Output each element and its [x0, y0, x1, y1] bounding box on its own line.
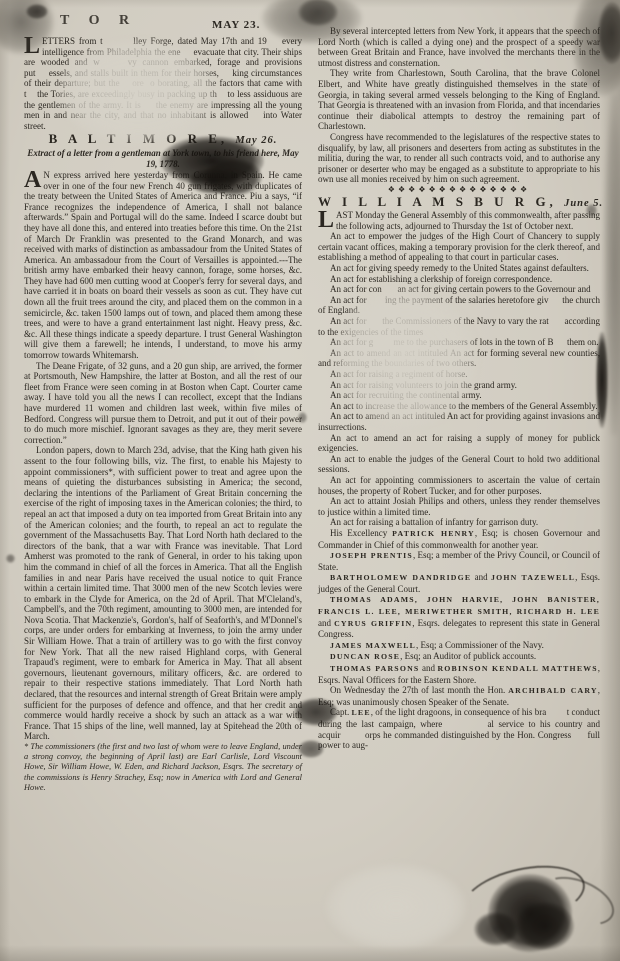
appointee-name: JOSEPH PRENTIS	[330, 551, 413, 560]
act-item: An act for giving speedy remedy to the U…	[318, 263, 600, 274]
act-item: An act for con an act for giving certain…	[318, 284, 600, 295]
extract-subheading: Extract of a letter from a gentleman at …	[24, 148, 302, 170]
paragraph-text: N express arrived here yesterday from Co…	[24, 170, 302, 360]
ink-spot-top-center	[298, 0, 338, 26]
paragraph-deane-frigate: The Deane Frigate, of 32 guns, and a 20 …	[24, 361, 302, 446]
act-item: An act for the Commissioners of the Navy…	[318, 316, 600, 337]
act-item: An act to amend an act intituled An act …	[318, 348, 600, 369]
appointment-text: , Esq; an Auditor of publick accounts.	[400, 651, 536, 661]
appointment-judges: BARTHOLOMEW DANDRIDGE and JOHN TAZEWELL,…	[318, 572, 600, 594]
appointment-prefix: On Wednesday the 27th of last month the …	[330, 685, 508, 695]
appointee-name: DUNCAN ROSE	[330, 652, 400, 661]
paragraph-london-papers: London papers, down to March 23d, advise…	[24, 445, 302, 742]
ink-blot-lobe-bottom2	[474, 912, 518, 946]
appointee-name: LEE	[352, 708, 371, 717]
appointment-council: JOSEPH PRENTIS, Esq; a member of the Pri…	[318, 550, 600, 572]
left-column: T O R MAY 23. LETTERS from t lley Forge,…	[24, 14, 302, 793]
appointment-governor: His Excellency PATRICK HENRY, Esq; is ch…	[318, 528, 600, 550]
appointee-name: THOMAS PARSONS	[330, 664, 419, 673]
appointment-mid: and	[471, 572, 491, 582]
right-column: By several intercepted letters from New …	[318, 26, 600, 751]
paragraph-capt-lee: Capt. LEE, of the light dragoons, in con…	[318, 707, 600, 750]
newspaper-page: T O R MAY 23. LETTERS from t lley Forge,…	[0, 0, 620, 961]
masthead-row: T O R MAY 23.	[24, 14, 302, 36]
appointee-name: THOMAS ADAMS, JOHN HARVIE, JOHN BANISTER…	[318, 595, 600, 616]
page-edge-shading-right	[604, 95, 620, 435]
appointee-name: BARTHOLOMEW DANDRIDGE	[330, 573, 471, 582]
ink-spot-top-right	[598, 2, 620, 64]
paragraph-congress-recommendation: Congress have recommended to the legisla…	[318, 132, 600, 185]
act-item: An act for g me to the purchasers of lot…	[318, 337, 600, 348]
act-item: An act to amend an act for raising a sup…	[318, 433, 600, 454]
act-item: An act to amend an act intituled An act …	[318, 411, 600, 432]
stain-fade-capt-lee	[326, 864, 466, 950]
dateline-may-23: MAY 23.	[212, 20, 260, 31]
act-item: An act to empower the judges of the High…	[318, 231, 600, 263]
act-item: An act for raising a battalion of infant…	[318, 517, 600, 528]
ink-blot-lobe-bottom	[516, 902, 574, 950]
paragraph-assembly: LAST Monday the General Assembly of this…	[318, 210, 600, 231]
appointment-speaker: On Wednesday the 27th of last month the …	[318, 685, 600, 707]
dropcap-l: L	[24, 36, 42, 56]
act-item: An act for appointing commissioners to a…	[318, 475, 600, 496]
appointment-mid: and	[419, 663, 437, 673]
williamsburg-date: June 5.	[564, 198, 603, 209]
appointment-delegates: THOMAS ADAMS, JOHN HARVIE, JOHN BANISTER…	[318, 594, 600, 639]
williamsburg-city: W I L L I A M S B U R G,	[318, 194, 557, 209]
baltimore-city: B A L T I M O R E,	[49, 131, 229, 146]
tiny-ink-spot-left-edge	[6, 554, 15, 563]
masthead-fragment: T O R	[60, 16, 137, 27]
act-item: An act for establishing a clerkship of f…	[318, 274, 600, 285]
baltimore-heading: B A L T I M O R E, May 26.	[24, 134, 302, 147]
paragraph-express: AN express arrived here yesterday from C…	[24, 170, 302, 361]
paragraph-charlestown: They write from Charlestown, South Carol…	[318, 68, 600, 132]
paragraph-text: AST Monday the General Assembly of this …	[336, 210, 600, 231]
appointment-naval-officers: THOMAS PARSONS and ROBINSON KENDALL MATT…	[318, 663, 600, 685]
dropcap-a: A	[24, 170, 43, 190]
pen-flourish-bottom-right2	[535, 867, 620, 934]
appointment-navy-commissioner: JAMES MAXWELL, Esq; a Commissioner of th…	[318, 640, 600, 652]
baltimore-date: May 26.	[235, 135, 277, 146]
paragraph-valley-forge: LETTERS from t lley Forge, dated May 17t…	[24, 36, 302, 131]
paragraph-text: ETTERS from t lley Forge, dated May 17th…	[24, 36, 302, 131]
appointee-name: ARCHIBALD CARY	[508, 686, 597, 695]
large-ink-blot-bottom-right	[488, 874, 572, 952]
act-item: An act to enable the judges of the Gener…	[318, 454, 600, 475]
appointment-mid: and	[318, 618, 334, 628]
commissioners-footnote: * The commissioners (the first and two l…	[24, 742, 302, 793]
paragraph-intercepted-letters: By several intercepted letters from New …	[318, 26, 600, 68]
appointee-name: JOHN TAZEWELL	[491, 573, 575, 582]
appointment-prefix: His Excellency	[330, 528, 392, 538]
appointee-name: JAMES MAXWELL	[330, 641, 416, 650]
williamsburg-heading: W I L L I A M S B U R G, June 5.	[318, 197, 600, 210]
appointment-prefix: Capt.	[330, 707, 352, 717]
act-item: An act for ing the payment of the salari…	[318, 295, 600, 316]
appointee-name: ROBINSON KENDALL MATTHEWS	[437, 664, 597, 673]
appointment-text: , Esq; a Commissioner of the Navy.	[416, 640, 544, 650]
appointment-auditor: DUNCAN ROSE, Esq; an Auditor of publick …	[318, 651, 600, 663]
act-item: An act for raising volunteers to join th…	[318, 380, 600, 391]
dropcap-l2: L	[318, 210, 336, 230]
pen-flourish-bottom-right	[458, 856, 591, 937]
act-item: An act for raising a regiment of horse.	[318, 369, 600, 380]
act-item: An act to attaint Josiah Philips and oth…	[318, 496, 600, 517]
appointee-name: PATRICK HENRY	[392, 529, 475, 538]
act-item: An act for recruiting the continental ar…	[318, 390, 600, 401]
appointee-name: CYRUS GRIFFIN	[334, 619, 412, 628]
act-item: An act to increase the allowance to the …	[318, 401, 600, 412]
